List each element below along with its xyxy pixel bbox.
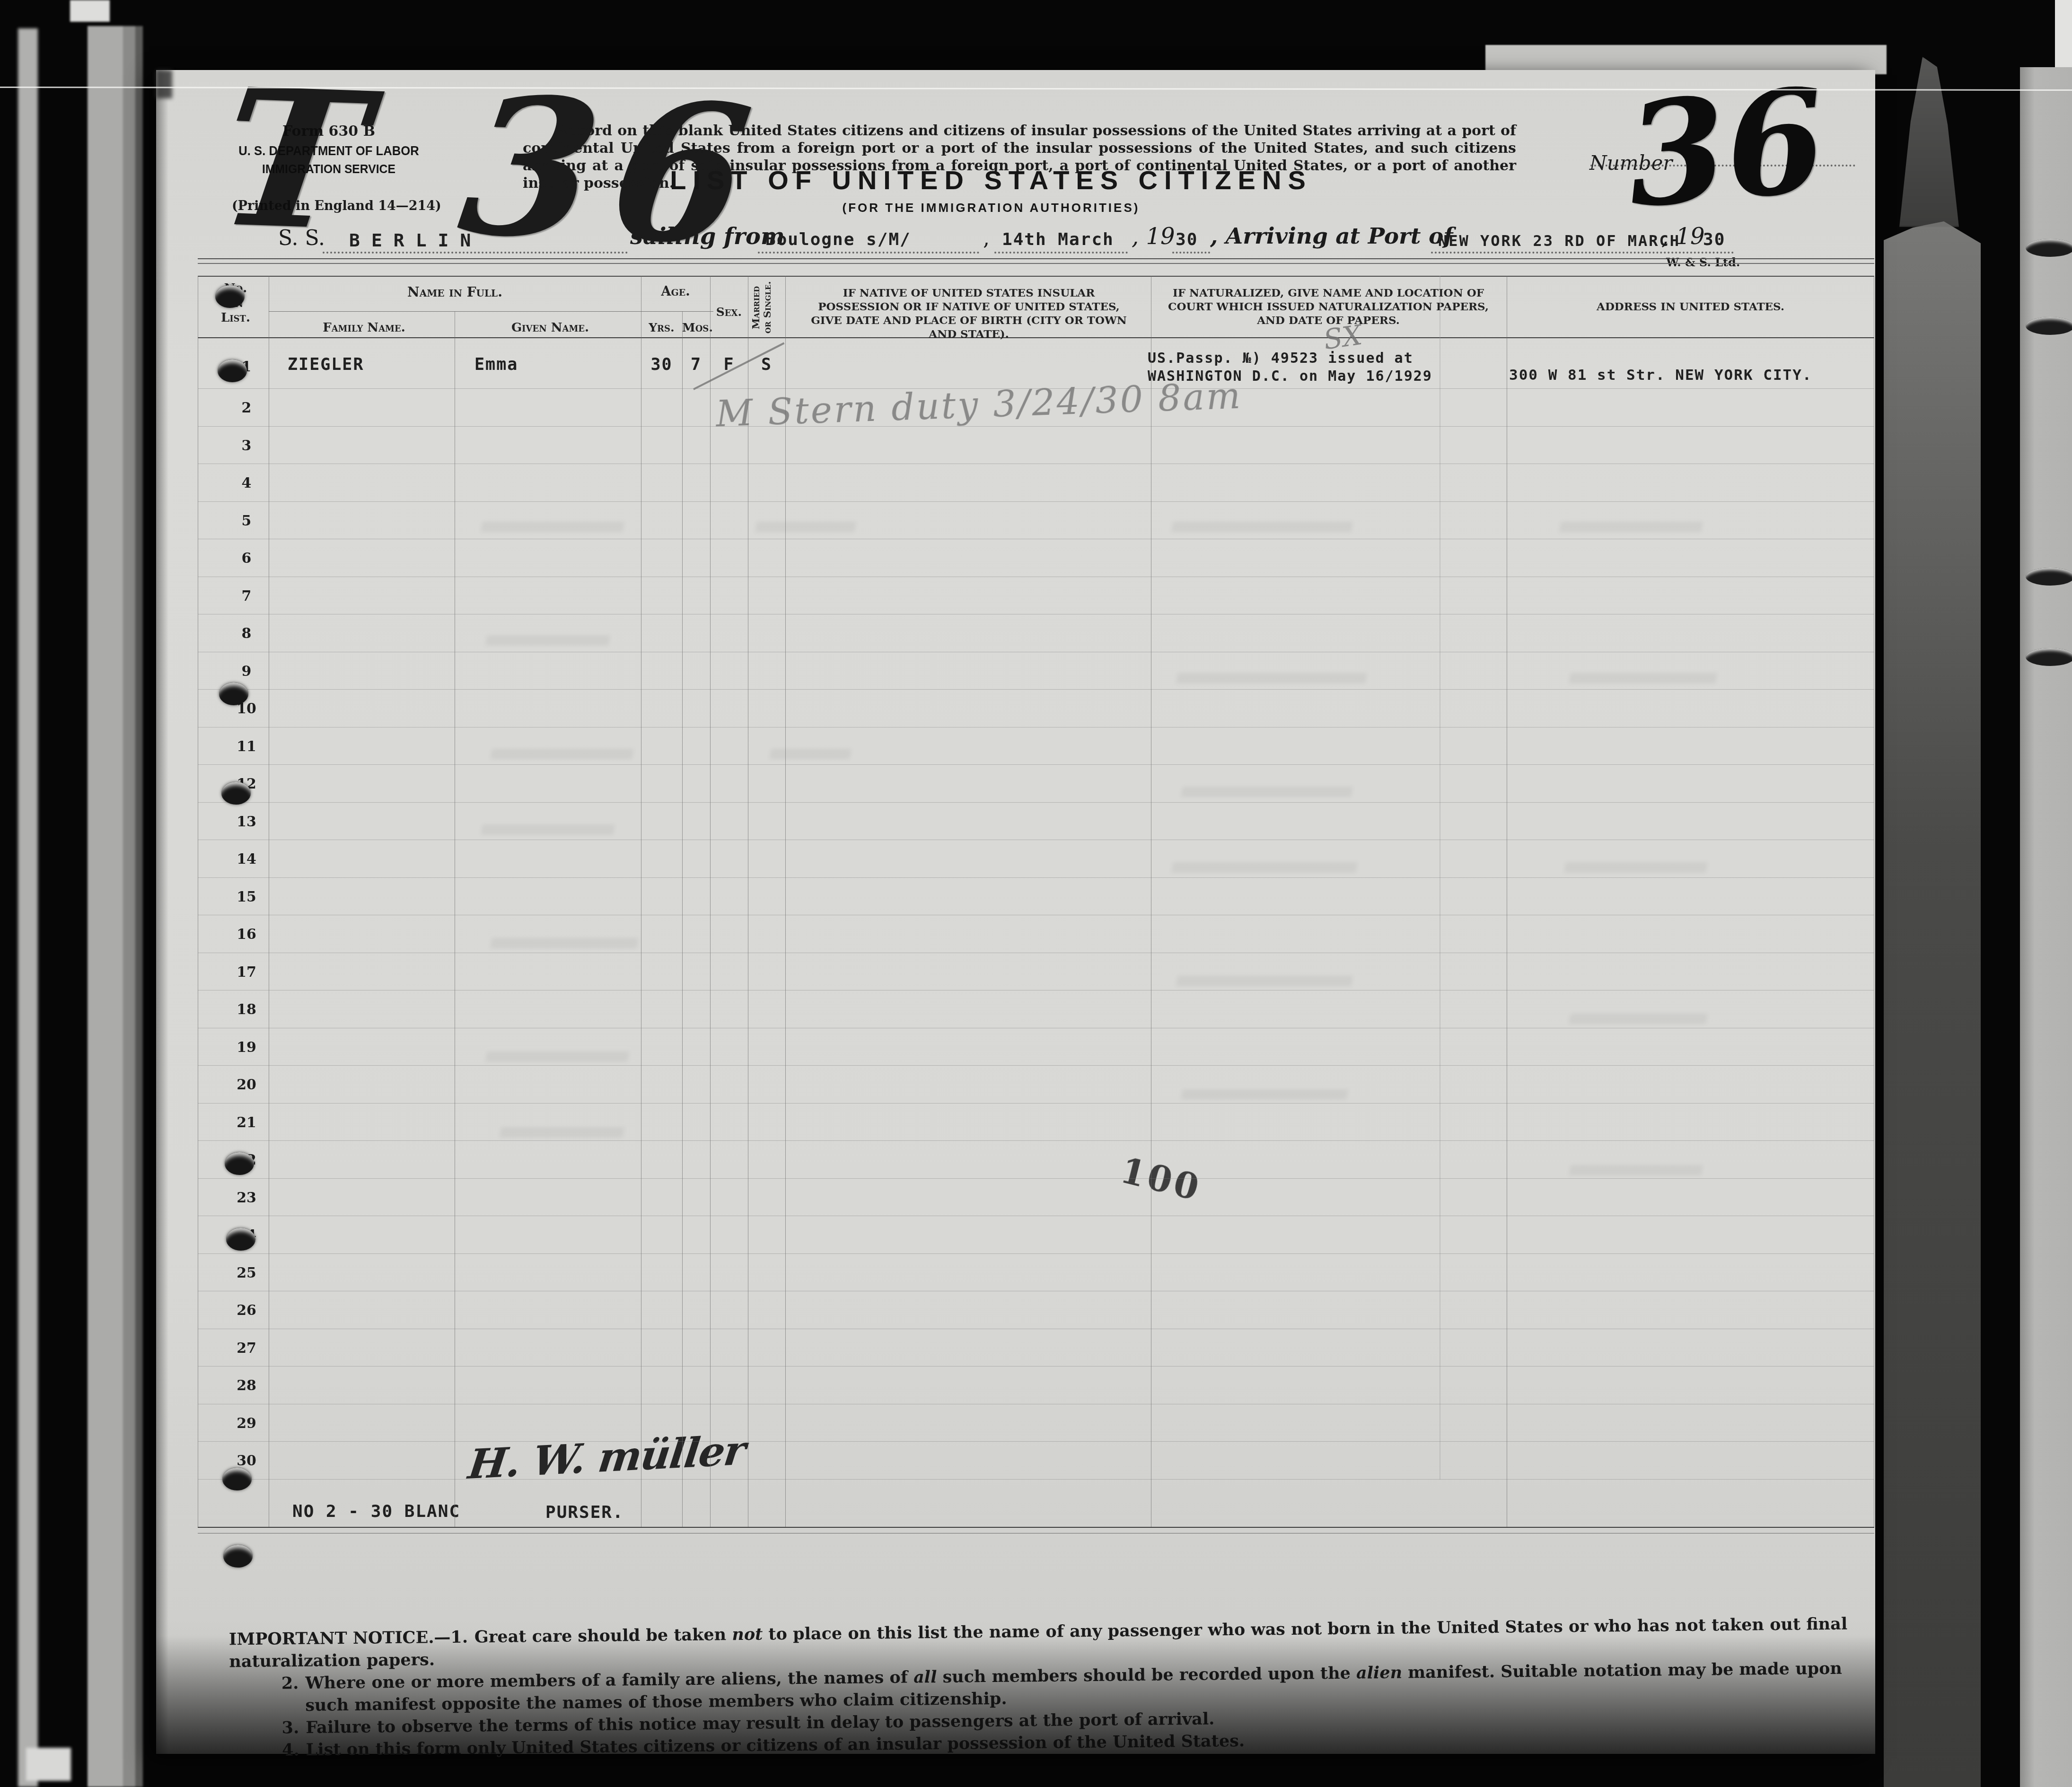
tear-mark [156, 70, 172, 98]
purser-label: PURSER. [545, 1503, 624, 1522]
ss-label: S. S. [278, 226, 325, 250]
col-header-age: Age. [641, 284, 710, 299]
ghost-smudge [755, 522, 856, 532]
entry-given-name: Emma [474, 355, 518, 374]
col-header-mos: Mos. [682, 321, 710, 334]
punch-hole [226, 1228, 255, 1251]
torn-paper-texture [1896, 57, 1962, 227]
row-number: 15 [225, 889, 268, 905]
row-line [198, 1216, 1874, 1216]
ghost-smudge [1176, 673, 1367, 683]
departure-date: 14th March [1002, 230, 1114, 249]
entry-age-mos: 7 [682, 355, 710, 374]
row-line [198, 1329, 1874, 1329]
row-line [198, 1103, 1874, 1104]
manifest-table: No. on List. Name in Full. Family Name. … [198, 276, 1874, 1538]
row-line [198, 727, 1874, 727]
row-line [198, 689, 1874, 690]
punch-hole [215, 285, 245, 308]
row-line [198, 802, 1874, 803]
notice-item-number: 3. [282, 1718, 299, 1737]
row-line [198, 1366, 1874, 1367]
row-number: 27 [225, 1340, 268, 1357]
row-number: 7 [225, 588, 268, 604]
scrap-bottom-left [26, 1748, 71, 1781]
col-header-married: Married or Single. [750, 280, 783, 335]
page-title: LIST OF UNITED STATES CITIZENS [665, 165, 1317, 195]
table-bottom-line-1 [198, 1527, 1874, 1528]
row-number: 5 [225, 513, 268, 529]
row-line [198, 652, 1874, 652]
blank-rows-note: NO 2 - 30 BLANC [292, 1502, 460, 1521]
row-number: 26 [225, 1302, 268, 1319]
notice-text-segment: manifest. Suitable notation may be made … [1402, 1659, 1842, 1682]
notice-item-number: 1. [450, 1628, 468, 1647]
punch-hole-right-strip [2026, 568, 2072, 586]
handwritten-number: 36 [1620, 54, 1832, 241]
comma-separator: , [983, 226, 990, 250]
notice-text-segment: Great care should be taken [474, 1625, 732, 1647]
row-number: 23 [225, 1190, 268, 1206]
row-line [198, 1253, 1874, 1254]
arrival-port: NEW YORK 23 RD OF MARCH [1438, 232, 1680, 250]
col-header-name: Name in Full. [269, 284, 641, 300]
notice-text-segment: not [732, 1625, 763, 1645]
row-number: 17 [225, 964, 268, 981]
col-header-sex: Sex. [710, 305, 748, 319]
row-line [198, 1479, 1874, 1480]
ghost-smudge [490, 938, 638, 948]
punch-hole [219, 683, 248, 705]
row-number: 21 [225, 1114, 268, 1131]
col-header-family: Family Name. [273, 321, 455, 335]
notice-item-number: 4. [282, 1740, 299, 1760]
row-number: 25 [225, 1265, 268, 1281]
header-rule-2 [198, 263, 1874, 264]
row-number: 28 [225, 1377, 268, 1394]
scrap-top-left [70, 0, 110, 22]
punch-hole-right-strip [2026, 648, 2072, 666]
scanned-photo: Form 630 B U. S. DEPARTMENT OF LABOR IMM… [0, 0, 2072, 1787]
ghost-smudge [1181, 1089, 1348, 1100]
important-notice: IMPORTANT NOTICE.—1.Great care should be… [229, 1613, 1853, 1762]
row-line [198, 426, 1874, 427]
row-line [198, 840, 1874, 840]
row-number: 20 [225, 1077, 268, 1093]
ghost-smudge [1181, 787, 1352, 797]
row-line [198, 539, 1874, 539]
page-crease [1440, 276, 1440, 1480]
ghost-smudge [500, 1127, 624, 1138]
ghost-smudge [485, 1051, 629, 1062]
date-dotted-line [994, 252, 1128, 254]
punch-hole [225, 1152, 254, 1175]
notice-text-segment: alien [1356, 1663, 1402, 1683]
row-number: 14 [225, 851, 268, 867]
row-line [198, 464, 1874, 464]
entry-age-yrs: 30 [641, 355, 682, 374]
row-number: 16 [225, 926, 268, 943]
entry-family-name: ZIEGLER [288, 355, 364, 374]
row-number: 4 [225, 475, 268, 491]
printer-mark: W. & S. Ltd. [1666, 255, 1740, 269]
row-number: 30 [225, 1453, 268, 1469]
punch-hole [218, 359, 247, 382]
ghost-smudge [1171, 522, 1352, 532]
departure-year: 30 [1176, 230, 1198, 249]
table-bottom-line-2 [198, 1533, 1874, 1533]
row-number: 8 [225, 625, 268, 642]
row-line [198, 1140, 1874, 1141]
stamp-100: 100 [1116, 1150, 1205, 1209]
pencil-sx-mark: SX [1322, 319, 1364, 356]
row-line [198, 1065, 1874, 1066]
notice-text-segment: all [913, 1667, 937, 1687]
ship-name: BERLIN [349, 230, 482, 251]
page-subtitle: (FOR THE IMMIGRATION AUTHORITIES) [665, 201, 1317, 215]
arrival-dotted-line [1431, 252, 1734, 254]
row-number: 11 [225, 738, 268, 755]
ghost-smudge [1569, 1014, 1707, 1024]
film-strip-left-outer [18, 28, 38, 1787]
punch-hole [222, 1468, 252, 1490]
row-number: 19 [225, 1039, 268, 1056]
col-header-naturalized: IF NATURALIZED, GIVE NAME AND LOCATION O… [1168, 286, 1489, 327]
arrival-year: 30 [1703, 230, 1725, 249]
col-header-address: ADDRESS IN UNITED STATES. [1507, 300, 1874, 313]
col-header-birth: IF NATIVE OF UNITED STATES INSULAR POSSE… [803, 286, 1134, 341]
row-line [198, 953, 1874, 953]
entry-address: 300 W 81 st Str. NEW YORK CITY. [1509, 367, 1812, 384]
entry-passport-line1: US.Passp. №) 49523 issued at [1148, 350, 1432, 368]
row-line [198, 614, 1874, 614]
ghost-smudge [481, 824, 615, 835]
printed-19-arrival: , 19 [1661, 223, 1705, 250]
row-number: 9 [225, 663, 268, 680]
punch-hole-right-strip [2026, 239, 2072, 257]
row-line [198, 1404, 1874, 1404]
printed-19-departure: , 19 [1132, 223, 1175, 250]
row-line [198, 1441, 1874, 1442]
col-header-yrs: Yrs. [641, 321, 682, 334]
row-line [198, 1291, 1874, 1291]
row-line [198, 877, 1874, 878]
row-number: 18 [225, 1001, 268, 1018]
ghost-smudge [1569, 1165, 1703, 1175]
row-number: 3 [225, 438, 268, 454]
col-header-given: Given Name. [459, 321, 641, 335]
column-line [682, 311, 683, 1527]
year-dots-departure [1172, 252, 1210, 254]
ghost-smudge [1176, 976, 1352, 986]
notice-text-segment: such members should be recorded upon the [937, 1664, 1356, 1687]
film-strip-left-inner [88, 26, 143, 1787]
row-line [198, 577, 1874, 577]
ghost-smudge [485, 635, 610, 646]
row-number: 29 [225, 1415, 268, 1432]
page-stack-right [1884, 221, 1981, 1787]
punch-hole-right-strip [2026, 317, 2072, 335]
manifest-page: Form 630 B U. S. DEPARTMENT OF LABOR IMM… [156, 70, 1875, 1754]
punch-hole [223, 1545, 253, 1568]
row-number: 13 [225, 814, 268, 830]
row-line [198, 1028, 1874, 1028]
ghost-smudge [1564, 862, 1707, 873]
row-line [198, 990, 1874, 990]
row-line [198, 388, 1874, 389]
notice-item-number: 2. [281, 1673, 299, 1693]
ghost-smudge [1171, 862, 1357, 873]
table-top-border [198, 276, 1874, 277]
arriving-at-port-label: , Arriving at Port of [1210, 223, 1453, 249]
row-number: 6 [225, 550, 268, 567]
departure-port: Boulogne s/M/ [765, 230, 911, 249]
ghost-smudge [1559, 522, 1703, 532]
row-line [198, 915, 1874, 915]
name-age-subrule [269, 311, 713, 312]
ghost-smudge [769, 749, 851, 759]
row-line [198, 501, 1874, 502]
header-rule-1 [198, 258, 1874, 259]
row-line [198, 764, 1874, 765]
ghost-smudge [490, 749, 633, 759]
punch-hole [221, 782, 251, 805]
corner-scrap-top-right [2055, 0, 2072, 67]
ghost-smudge [481, 522, 624, 532]
row-number: 2 [225, 400, 268, 416]
notice-heading: IMPORTANT NOTICE.— [229, 1628, 451, 1649]
ghost-smudge [1569, 673, 1717, 683]
column-line [455, 311, 455, 1527]
departure-dotted-line [758, 252, 979, 254]
sailing-from-label: sailing from [630, 223, 785, 250]
row-line [198, 1178, 1874, 1179]
ship-dotted-line [323, 252, 628, 254]
